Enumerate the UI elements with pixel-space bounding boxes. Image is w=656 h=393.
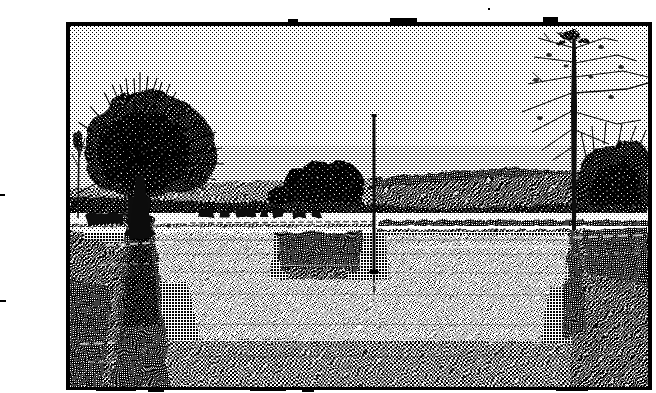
scanned-page xyxy=(0,0,656,393)
print-artifact xyxy=(250,389,286,391)
print-artifact xyxy=(390,18,417,22)
photo-frame xyxy=(66,22,652,390)
print-artifact xyxy=(96,389,136,391)
print-artifact xyxy=(0,194,5,196)
halftone-photo xyxy=(70,26,648,387)
pole-reflection xyxy=(373,277,374,306)
print-artifact xyxy=(543,17,558,22)
print-artifact xyxy=(556,389,588,391)
print-artifact xyxy=(288,19,298,22)
print-artifact xyxy=(302,390,314,392)
print-artifact xyxy=(0,300,6,302)
print-artifact xyxy=(148,390,164,392)
print-artifact xyxy=(488,8,490,10)
